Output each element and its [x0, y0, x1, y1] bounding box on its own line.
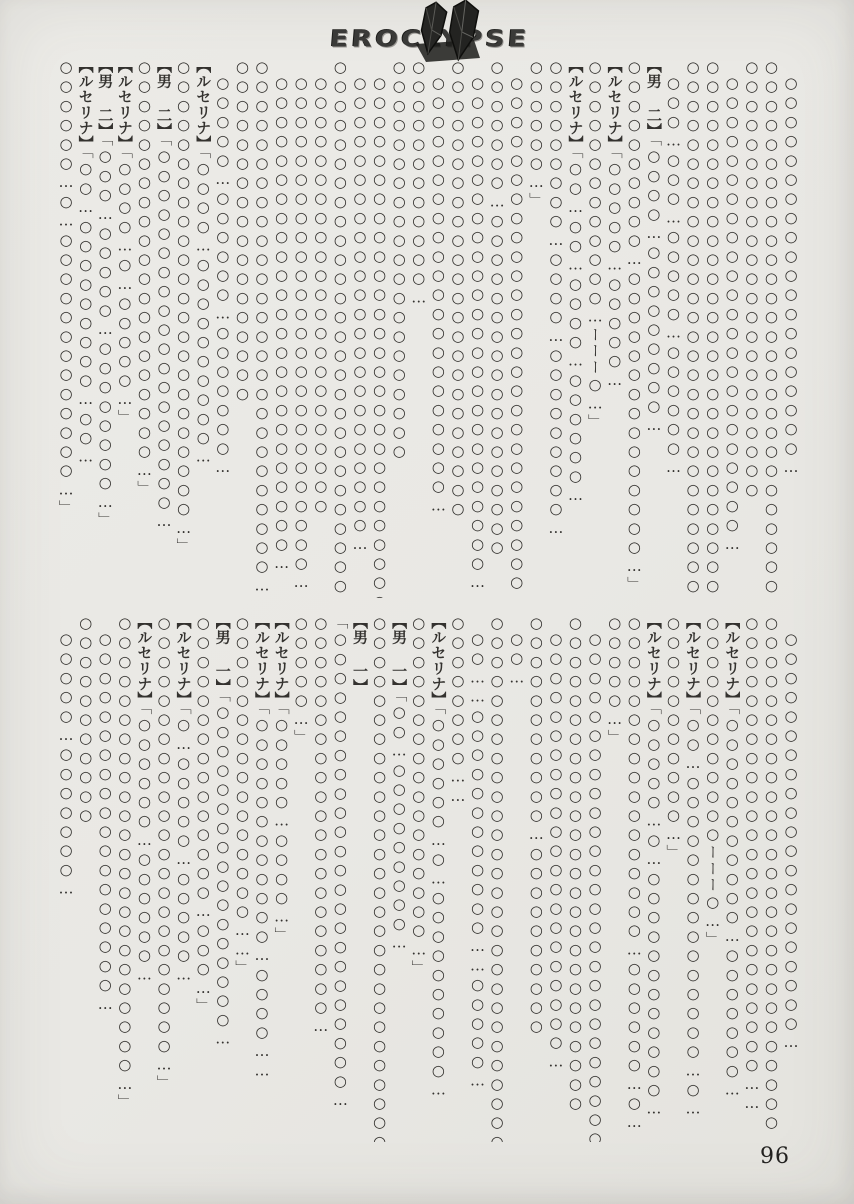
narration-paragraph: ○○○○○○○○○○○○○○○○○○○○○○○○…○○○○○○○○○○○○○○○…: [330, 58, 369, 598]
narration-paragraph: ○○○○○○○○○○○○○○○○○○○○○○…○○○○○○○○○○○○…○○○○…: [389, 58, 448, 598]
twin-crystal-diamonds-icon: [396, 0, 492, 64]
speaker-tag: 【ルセリナ】: [566, 58, 584, 151]
narration-paragraph: ○○○○○○○○○○○○○○○○○○○○○○○○○○○○○○○○……: [369, 58, 389, 598]
narration-paragraph: ○○○○○○○○○○○○○○○○○○○○○○○○○○…○○○○○○○○○○○○○…: [447, 58, 486, 598]
logo: EROCLYPSE: [322, 0, 562, 64]
speaker-tag: 【男 二】: [155, 58, 173, 139]
dialogue-paragraph: 【ルセリナ】「○○○○…○…○○○○○…」: [114, 58, 134, 598]
narration-paragraph: ○○○○○○○○○○○○○○○○○○○○○○○: [310, 58, 330, 598]
speaker-tag: 【男 二】: [645, 58, 663, 139]
dialogue-paragraph: 【ルセリナ】「○○○○○○…○…○○○○○○○○○○…○○○○○○○○○○○○○…: [408, 614, 447, 1142]
speaker-tag: 【男 一】: [390, 614, 408, 695]
dialogue-paragraph: 【ルセリナ】「○○○○○…○○○○…」: [271, 614, 291, 1142]
narration-paragraph: ○○…○○○○○○○○○○○○○○○○○○○○○○○○○○○○○: [487, 614, 526, 1142]
page-number: 96: [760, 1144, 790, 1169]
dialogue-paragraph: 【ルセリナ】「○○…○○…○○○○…○○○○○○…○○○○○○○○○…○○○○……: [526, 58, 585, 598]
dialogue-paragraph: 【ルセリナ】「○○…○○○○○○○○○…○○…○○○○○○…○…○○○○○○○○…: [56, 58, 95, 598]
dialogue-paragraph: 【ルセリナ】「○○○○○○○○○○○…○○○○○○○…○○○○○○○○○○○○ー…: [702, 614, 741, 1142]
narration-paragraph: ○○○○○○○○○○○○○○○○○○○○○…○○○○○○○○○○○○○○○○○○…: [741, 614, 800, 1142]
speaker-tag: 【ルセリナ】: [175, 614, 193, 707]
text-block-lower: ○○○○○○○○○○○○○○○○○○○○○…○○○○○○○○○○○○○○○○○○…: [56, 614, 800, 1142]
speaker-tag: 【ルセリナ】: [723, 614, 741, 707]
narration-paragraph: ○○○○○○○○○○○○○○○○○○○○○○○○○○……: [291, 58, 311, 598]
dialogue-paragraph: 【ルセリナ】「○○…○○○○○○○○○○○○○○○…○…○○○○○○○○○○○……: [663, 614, 702, 1142]
speaker-tag: 【男 一】: [351, 614, 369, 695]
narration-paragraph: ○○○○○…○○○○○○…○○○○○○○…: [212, 58, 232, 598]
dialogue-paragraph: 【男 一】「○○○○○○○○○○○○○○○○○○○○○○○○…○○○○○○○○○…: [291, 614, 369, 1142]
speaker-tag: 【ルセリナ】: [116, 58, 134, 151]
text-block-upper: ○○○○○○○○○○○○○○○○○○○○…○○○○○○○○○○○○○○○○○○○…: [56, 58, 800, 598]
speaker-tag: 【男 二】: [96, 58, 114, 139]
speaker-tag: 【ルセリナ】: [606, 58, 624, 151]
narration-paragraph: ○○○○○○○○○○○○○○○○○○○…○○○○○○○○○○○: [75, 614, 114, 1142]
speaker-tag: 【ルセリナ】: [273, 614, 291, 707]
dialogue-paragraph: 【男 二】「○○○…○○○○○…○○○○○○○○…」: [95, 58, 115, 598]
narration-paragraph: ○○○…○○○…○○○○○…○○○○○○…: [663, 58, 683, 598]
speaker-tag: 【男 一】: [214, 614, 232, 695]
narration-paragraph: ○○○○○○○○○○○○○○○○○○○○○○○○○○○…○○○○○○○…○○○○…: [487, 58, 526, 598]
dialogue-paragraph: 【ルセリナ】「○○○○○○○○○○○○…○○○○……○○○○○○○○○○○○○○…: [232, 614, 271, 1142]
narration-paragraph: ○○○○○○○○○○○○○○○○○○○○○○○○…○○○○○○○○○○○○○○○…: [682, 58, 741, 598]
speaker-tag: 【ルセリナ】: [429, 614, 447, 707]
speaker-tag: 【ルセリナ】: [684, 614, 702, 707]
narration-paragraph: ○○○○○○○○○○○○○○○○○○○○○○○○○…○○○○○○○○○○○○○○…: [232, 58, 291, 598]
dialogue-paragraph: 【ルセリナ】「○○○○○…○○○○○…○○○○○○○○○○○○○…ーーー○…」: [584, 58, 623, 598]
dialogue-paragraph: 【男 一】「○○○○○○○○○○○○○○○○○…○○○○○○○○○○○○○○○……: [193, 614, 232, 1142]
dialogue-paragraph: 【ルセリナ】「○○○○…○○○○○○○○○○…○○○○○○○○○○○○○○○○○…: [173, 58, 212, 598]
dialogue-paragraph: 【ルセリナ】「○○○○○○…○○○○○○…○○○○○○○○○○○○○○○○○○○…: [114, 614, 153, 1142]
narration-paragraph: ○○○○○○○○○○○○○○○○○○○○○○○○○○○○…○○○○○○○○○○○…: [565, 614, 604, 1142]
narration-paragraph: ○○……○○○○○○○○○○○○……○○○○○…○○○○○○○○……: [447, 614, 486, 1142]
scanned-page: EROCLYPSE ○○○○○○○○○○○○○○○○○○○○…○○○○○○○○○…: [0, 0, 854, 1204]
speaker-tag: 【ルセリナ】: [77, 58, 95, 151]
narration-paragraph: ○○○○○○○○○○○○○○○○○○○○○○…○○○○○○○○○○○…○○○○○…: [526, 614, 565, 1142]
narration-paragraph: ○○○○○○○○○○○○○○○○○○○○…○○○○○○○○○○○○○○○○○○○…: [741, 58, 800, 598]
speaker-tag: 【ルセリナ】: [135, 614, 153, 707]
speaker-tag: 【ルセリナ】: [645, 614, 663, 707]
narration-paragraph: ○○○○○…○○○○○○○…○○○○○○○○○○○○○○○○○○○: [56, 614, 75, 1142]
speaker-tag: 【ルセリナ】: [253, 614, 271, 707]
speaker-tag: 【ルセリナ】: [194, 58, 212, 151]
dialogue-paragraph: 【ルセリナ】「○…○○○○○…○○○○○…○○○○○○○○○○○○○○○○○○○…: [153, 614, 192, 1142]
dialogue-paragraph: 【男 二】「○○○○○○○○○○○○○○○○○○○…○○○○○○○○○○○○○○…: [134, 58, 173, 598]
dialogue-paragraph: 【ルセリナ】「○○○○○…○…○○○○○○○○○○○○…○○○○○○○○○○○○…: [604, 614, 663, 1142]
dialogue-paragraph: 【男 二】「○○○○…○○○○○○○○○…○○○○○○○○○○…○○○○○○○○…: [624, 58, 663, 598]
dialogue-paragraph: 【男 一】「○○…○○○○○○○○○…○○○○○○○○○○○○○○○○○○○○○…: [369, 614, 408, 1142]
